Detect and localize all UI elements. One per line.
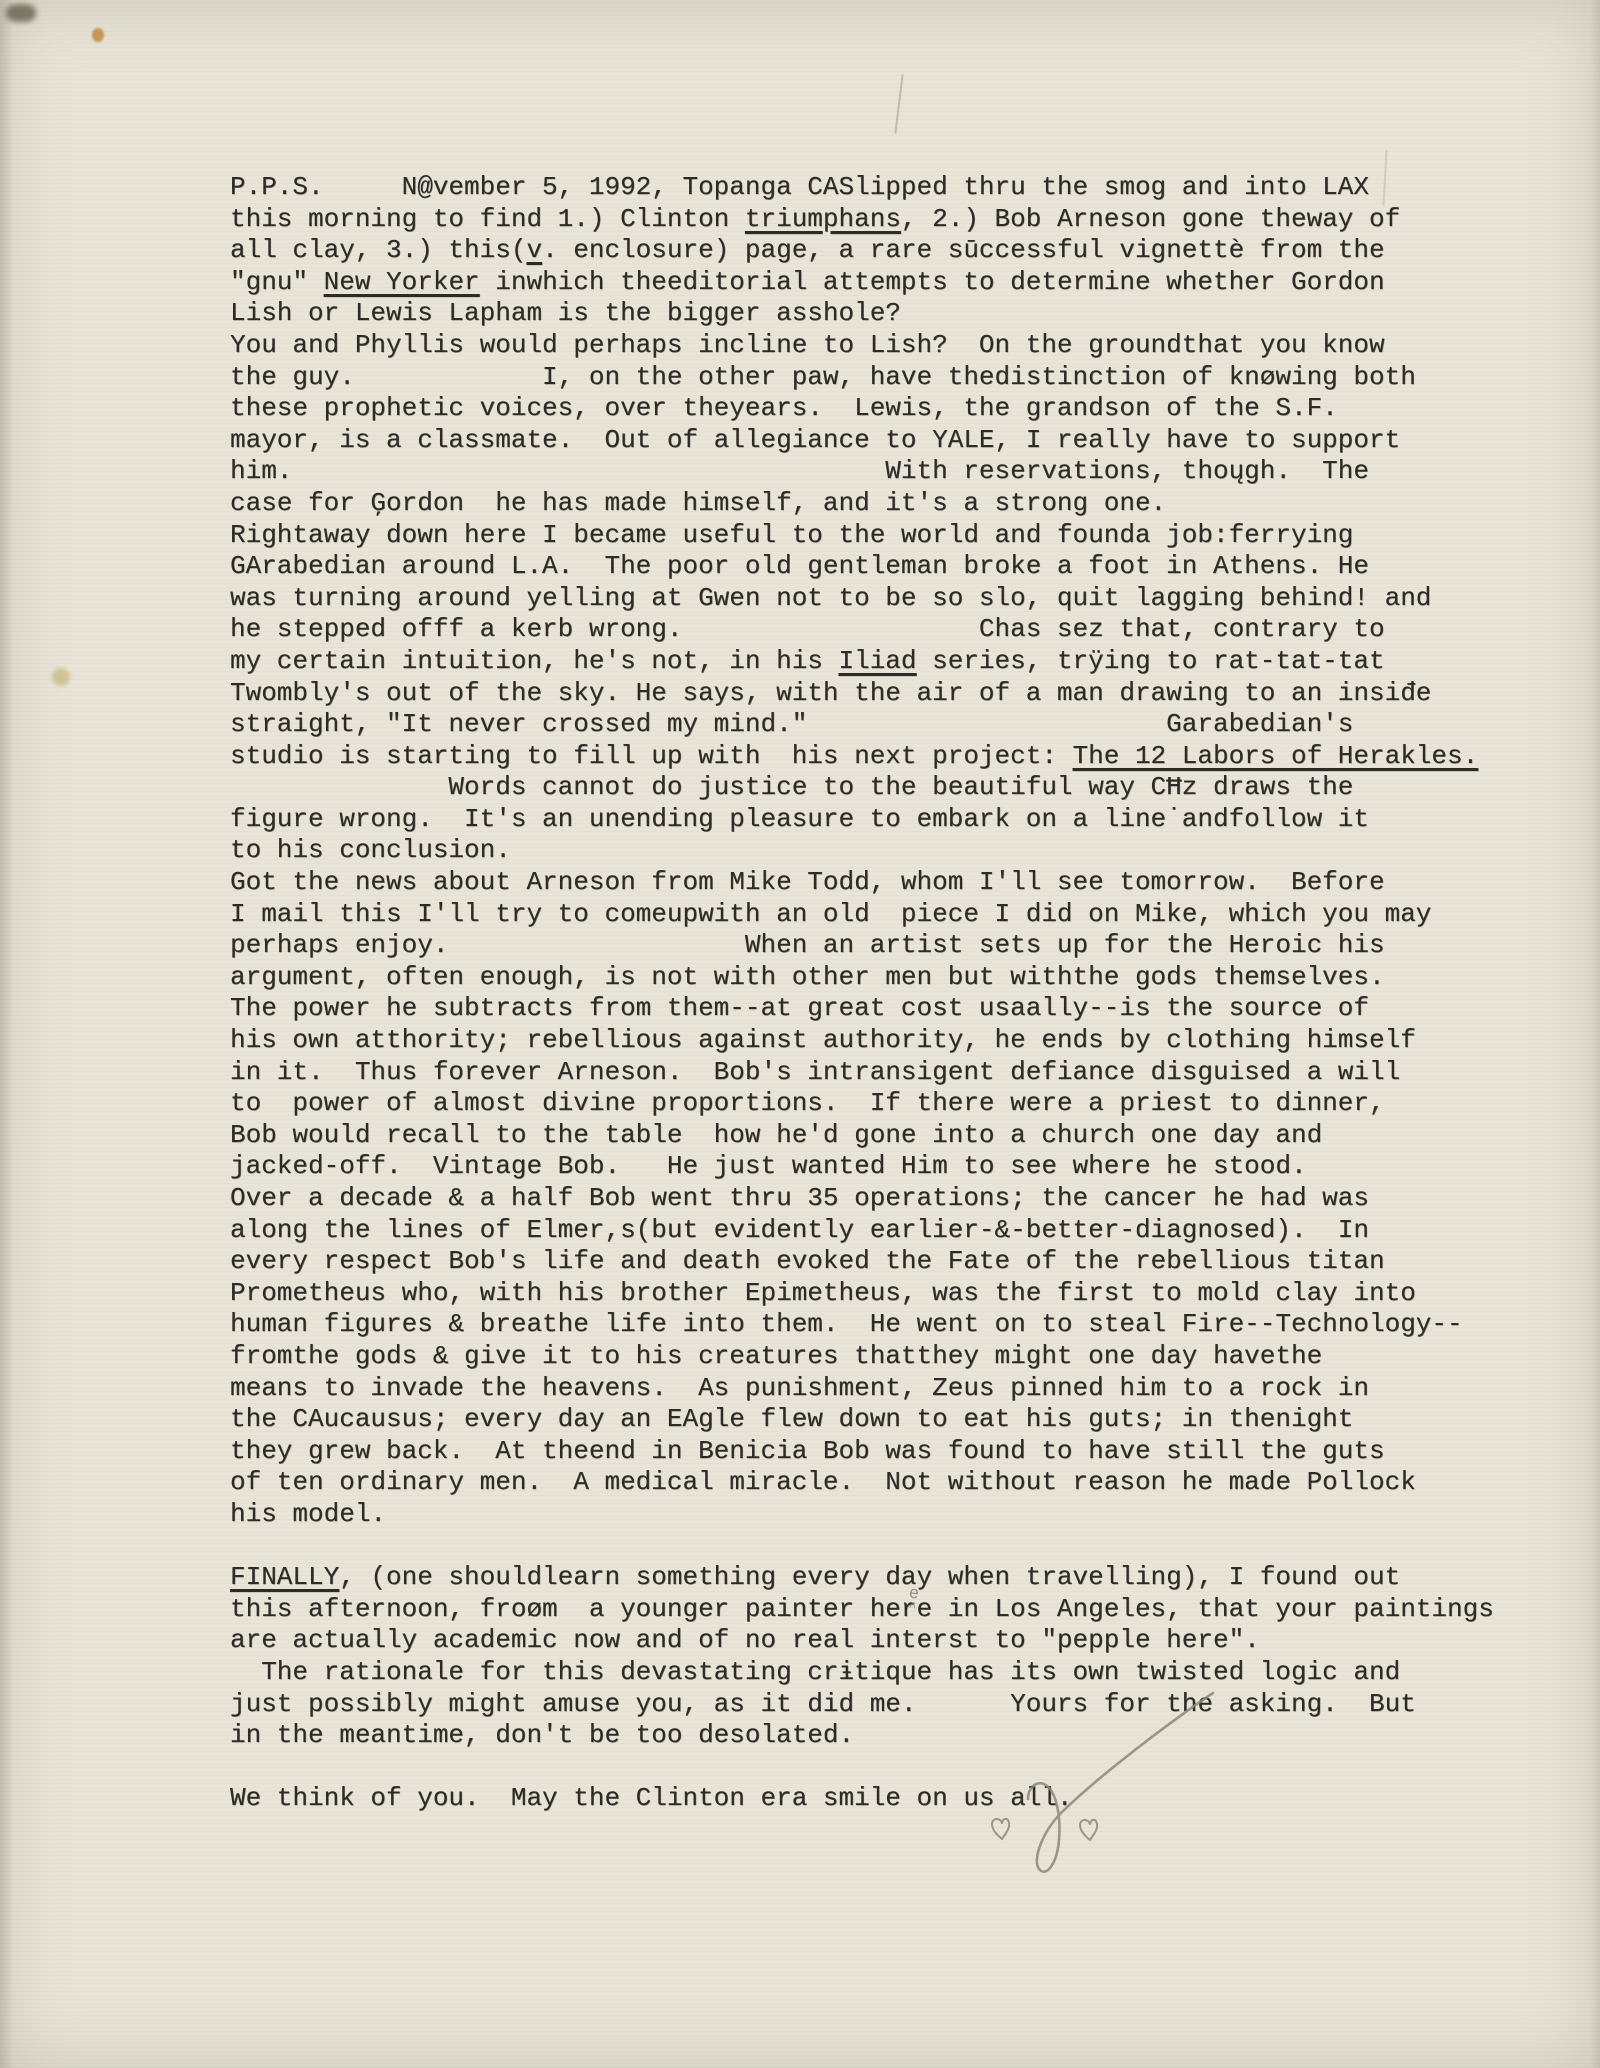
typed-line: figure wrong. It's an unending pleasure …	[230, 804, 1494, 836]
underlined-text: FINALLY	[230, 1562, 339, 1592]
typed-text-segment: the guy. I, on the other paw, have thedi…	[230, 362, 1416, 392]
typed-line: jacked-off. Vintage Bob. He just wanted …	[230, 1151, 1494, 1183]
underlined-text: v	[526, 235, 542, 265]
typed-text-segment: Over a decade & a half Bob went thru 35 …	[230, 1183, 1369, 1213]
typed-line: Twombly's out of the sky. He says, with …	[230, 678, 1494, 710]
typed-line: are actually academic now and of no real…	[230, 1625, 1494, 1657]
typed-line: in the meantime, don't be too desolated.	[230, 1720, 1494, 1752]
typed-text-segment: the CAucausus; every day an EAgle flew d…	[230, 1404, 1353, 1434]
typed-line: the CAucausus; every day an EAgle flew d…	[230, 1404, 1494, 1436]
typed-line: case for Ģordon he has made himself, and…	[230, 488, 1494, 520]
typed-text-segment: . enclosure) page, a rare sūccessful vig…	[542, 235, 1385, 265]
typed-text-segment: this morning to find 1.) Clinton	[230, 204, 745, 234]
typed-text-segment: I mail this I'll try to comeupwith an ol…	[230, 899, 1431, 929]
typed-text-segment: studio is starting to fill up with his n…	[230, 741, 1073, 771]
typed-text-segment: to his conclusion.	[230, 835, 511, 865]
typed-line: The rationale for this devastating crɨti…	[230, 1657, 1494, 1689]
typed-text-segment: these prophetic voices, over theyears. L…	[230, 393, 1338, 423]
typed-line: FINALLY, (one shouldlearn something ever…	[230, 1562, 1494, 1594]
paper-stain	[92, 28, 104, 42]
typed-line: Prometheus who, with his brother Epimeth…	[230, 1278, 1494, 1310]
typed-line: Bob would recall to the table how he'd g…	[230, 1120, 1494, 1152]
typed-text-segment: to power of almost divine proportions. I…	[230, 1088, 1385, 1118]
typed-text-segment: jacked-off. Vintage Bob. He just wanted …	[230, 1151, 1307, 1181]
typed-line: GArabedian around L.A. The poor old gent…	[230, 551, 1494, 583]
typed-line: the guy. I, on the other paw, have thedi…	[230, 362, 1494, 394]
typed-text: P.P.S. N@vember 5, 1992, Topanga CASlipp…	[230, 172, 1494, 1815]
typed-text-segment: they grew back. At theend in Benicia Bob…	[230, 1436, 1385, 1466]
typed-text-segment: he stepped offf a kerb wrong. Chas sez t…	[230, 614, 1385, 644]
pencil-caret: ^	[907, 1600, 919, 1614]
heart-doodle-left	[992, 1819, 1009, 1839]
typed-text-segment: Twombly's out of the sky. He says, with …	[230, 678, 1431, 708]
typed-text-segment: straight, "It never crossed my mind." Ga…	[230, 709, 1353, 739]
typed-line: my certain intuition, he's not, in his I…	[230, 646, 1494, 678]
typed-line: of ten ordinary men. A medical miracle. …	[230, 1467, 1494, 1499]
typed-text-segment: Words cannot do justice to the beautiful…	[230, 772, 1353, 802]
typed-text-segment: Got the news about Arneson from Mike Tod…	[230, 867, 1385, 897]
typed-line: this afternoon, froøm a younger painter …	[230, 1594, 1494, 1626]
signature-doodle	[940, 1660, 1240, 1900]
typed-line: Lish or Lewis Lapham is the bigger assho…	[230, 298, 1494, 330]
paper-stain	[52, 668, 70, 686]
typed-line: means to invade the heavens. As punishme…	[230, 1373, 1494, 1405]
typed-text-segment: every respect Bob's life and death evoke…	[230, 1246, 1385, 1276]
typed-text-segment: him. With reservations, thoųgh. The	[230, 456, 1369, 486]
typed-text-segment: human figures & breathe life into them. …	[230, 1309, 1463, 1339]
typed-text-segment: along the lines of Elmer,s(but evidently…	[230, 1215, 1369, 1245]
typed-line: I mail this I'll try to comeupwith an ol…	[230, 899, 1494, 931]
typed-text-segment: case for Ģordon he has made himself, and…	[230, 488, 1166, 518]
typed-text-segment: series, trÿing to rat-tat-tat	[917, 646, 1385, 676]
signature-j-stroke	[1028, 1693, 1213, 1872]
typed-text-segment: P.P.S. N@vember 5, 1992, Topanga CASlipp…	[230, 172, 1369, 202]
typed-line: just possibly might amuse you, as it did…	[230, 1689, 1494, 1721]
typed-text-segment: "gnu"	[230, 267, 324, 297]
typed-line	[230, 1531, 1494, 1563]
typed-line: fromthe gods & give it to his creatures …	[230, 1341, 1494, 1373]
typed-line: human figures & breathe life into them. …	[230, 1309, 1494, 1341]
typed-text-segment: are actually academic now and of no real…	[230, 1625, 1260, 1655]
underlined-text: New Yorker	[324, 267, 480, 297]
typed-line: P.P.S. N@vember 5, 1992, Topanga CASlipp…	[230, 172, 1494, 204]
typed-line: in it. Thus forever Arneson. Bob's intra…	[230, 1057, 1494, 1089]
underlined-text: The 12 Labors of Herakles.	[1073, 741, 1479, 771]
typed-line: along the lines of Elmer,s(but evidently…	[230, 1215, 1494, 1247]
typed-text-segment: , (one shouldlearn something every day w…	[339, 1562, 1400, 1592]
typed-line: his own atthority; rebellious against au…	[230, 1025, 1494, 1057]
typed-text-segment: The power he subtracts from them--at gre…	[230, 993, 1369, 1023]
typed-line: his model.	[230, 1499, 1494, 1531]
typed-line: Got the news about Arneson from Mike Tod…	[230, 867, 1494, 899]
typed-text-segment: inwhich theeditorial attempts to determi…	[480, 267, 1385, 297]
typed-line: "gnu" New Yorker inwhich theeditorial at…	[230, 267, 1494, 299]
typed-line: he stepped offf a kerb wrong. Chas sez t…	[230, 614, 1494, 646]
typed-text-segment: this afternoon, froøm a younger painter …	[230, 1594, 1494, 1624]
typed-text-segment: mayor, is a classmate. Out of allegiance…	[230, 425, 1400, 455]
typed-text-segment: means to invade the heavens. As punishme…	[230, 1373, 1369, 1403]
typed-text-segment: Lish or Lewis Lapham is the bigger assho…	[230, 298, 901, 328]
typed-line: studio is starting to fill up with his n…	[230, 741, 1494, 773]
typed-line: Rightaway down here I became useful to t…	[230, 520, 1494, 552]
typed-text-segment: was turning around yelling at Gwen not t…	[230, 583, 1431, 613]
typed-line: to his conclusion.	[230, 835, 1494, 867]
typed-line: every respect Bob's life and death evoke…	[230, 1246, 1494, 1278]
typed-line: Over a decade & a half Bob went thru 35 …	[230, 1183, 1494, 1215]
letter-page: P.P.S. N@vember 5, 1992, Topanga CASlipp…	[0, 0, 1600, 2068]
typed-text-segment: GArabedian around L.A. The poor old gent…	[230, 551, 1369, 581]
typed-text-segment: You and Phyllis would perhaps incline to…	[230, 330, 1385, 360]
typed-text-segment: Rightaway down here I became useful to t…	[230, 520, 1353, 550]
typed-text-segment: my certain intuition, he's not, in his	[230, 646, 839, 676]
typed-text-segment: Prometheus who, with his brother Epimeth…	[230, 1278, 1416, 1308]
typed-text-segment: of ten ordinary men. A medical miracle. …	[230, 1467, 1416, 1497]
typed-text-segment: in the meantime, don't be too desolated.	[230, 1720, 854, 1750]
typed-line: this morning to find 1.) Clinton triumph…	[230, 204, 1494, 236]
underlined-text: Iliad	[839, 646, 917, 676]
typed-line: You and Phyllis would perhaps incline to…	[230, 330, 1494, 362]
typed-line: We think of you. May the Clinton era smi…	[230, 1783, 1494, 1815]
typed-line: was turning around yelling at Gwen not t…	[230, 583, 1494, 615]
typed-line: mayor, is a classmate. Out of allegiance…	[230, 425, 1494, 457]
typed-line: these prophetic voices, over theyears. L…	[230, 393, 1494, 425]
typed-line: The power he subtracts from them--at gre…	[230, 993, 1494, 1025]
typed-text-segment: all clay, 3.) this(	[230, 235, 526, 265]
typed-text-segment: argument, often enough, is not with othe…	[230, 962, 1385, 992]
typed-line: to power of almost divine proportions. I…	[230, 1088, 1494, 1120]
typed-text-segment: his own atthority; rebellious against au…	[230, 1025, 1416, 1055]
typed-line: Words cannot do justice to the beautiful…	[230, 772, 1494, 804]
underlined-text: triumphans	[745, 204, 901, 234]
typed-text-segment: figure wrong. It's an unending pleasure …	[230, 804, 1369, 834]
typed-text-segment: Bob would recall to the table how he'd g…	[230, 1120, 1322, 1150]
typed-line: they grew back. At theend in Benicia Bob…	[230, 1436, 1494, 1468]
paper-stain	[6, 4, 36, 22]
typed-line: him. With reservations, thoųgh. The	[230, 456, 1494, 488]
typed-text-segment: fromthe gods & give it to his creatures …	[230, 1341, 1322, 1371]
typed-line: perhaps enjoy. When an artist sets up fo…	[230, 930, 1494, 962]
typed-line: argument, often enough, is not with othe…	[230, 962, 1494, 994]
typed-text-segment: in it. Thus forever Arneson. Bob's intra…	[230, 1057, 1400, 1087]
heart-doodle-right	[1080, 1820, 1097, 1840]
typed-line: all clay, 3.) this(v. enclosure) page, a…	[230, 235, 1494, 267]
typed-text-segment: , 2.) Bob Arneson gone theway of	[901, 204, 1400, 234]
typed-text-segment: his model.	[230, 1499, 386, 1529]
typed-text-segment: perhaps enjoy. When an artist sets up fo…	[230, 930, 1385, 960]
typed-line: straight, "It never crossed my mind." Ga…	[230, 709, 1494, 741]
typed-line	[230, 1752, 1494, 1784]
paper-crease	[894, 74, 903, 134]
